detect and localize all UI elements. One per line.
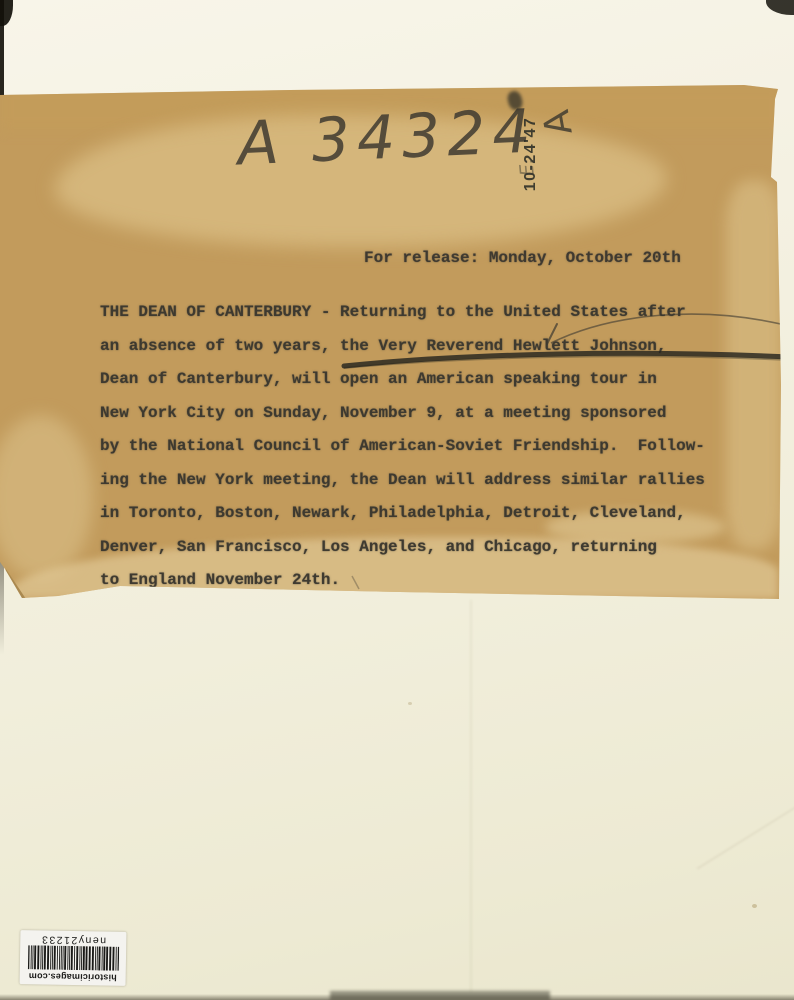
scan-corner-top-left: [0, 0, 13, 26]
scan-corner-top-right: [766, 0, 794, 15]
paper-crease-diagonal: [697, 804, 794, 869]
label-code-text: neny21233: [40, 933, 106, 945]
paper-crease-vertical: [470, 600, 472, 992]
photo-back-scan: A 34324 10-24'47 A E. For release: Monda…: [0, 0, 794, 1000]
paper-spot: [408, 702, 412, 705]
scan-edge-bottom-blotch: [330, 991, 550, 1000]
inventory-label: historicimages.com neny21233: [20, 930, 127, 986]
press-clipping-paper: A 34324 10-24'47 A E. For release: Monda…: [0, 85, 783, 605]
barcode: [27, 946, 119, 972]
paper-spot: [752, 904, 757, 908]
label-site-text: historicimages.com: [29, 971, 117, 983]
pencil-underline-marks: [0, 85, 783, 605]
